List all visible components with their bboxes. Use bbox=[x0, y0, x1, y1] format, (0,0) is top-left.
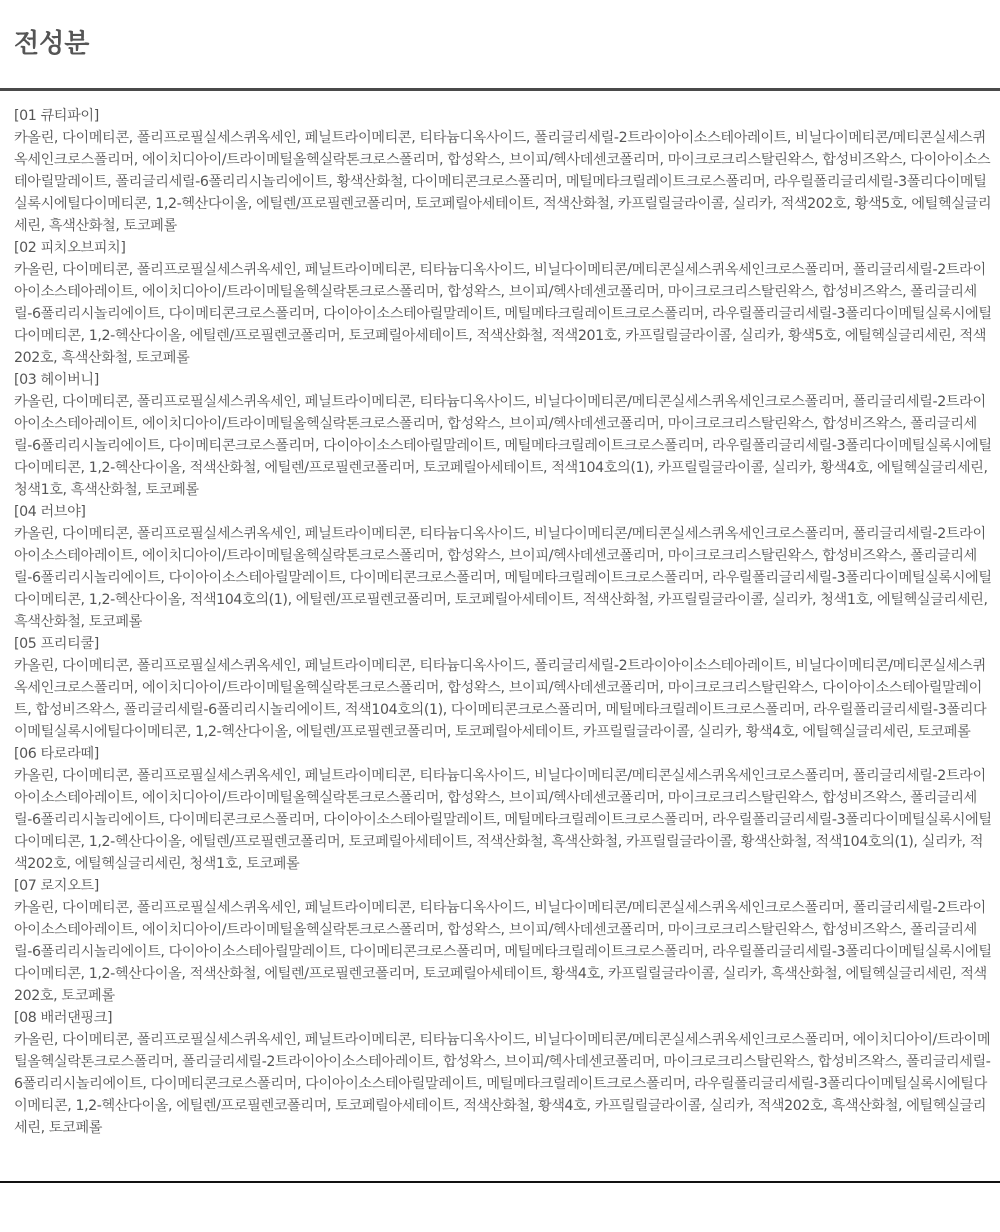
header-divider bbox=[0, 88, 1000, 91]
product-ingredients: 카올린, 다이메티콘, 폴리프로필실세스퀴옥세인, 페닐트라이메티콘, 티타늄디… bbox=[14, 655, 992, 743]
product-ingredients: 카올린, 다이메티콘, 폴리프로필실세스퀴옥세인, 페닐트라이메티콘, 티타늄디… bbox=[14, 259, 992, 369]
product-heading: [01 큐티파이] bbox=[14, 105, 992, 127]
product-ingredients: 카올린, 다이메티콘, 폴리프로필실세스퀴옥세인, 페닐트라이메티콘, 티타늄디… bbox=[14, 523, 992, 633]
product-section-04: [04 러브야] 카올린, 다이메티콘, 폴리프로필실세스퀴옥세인, 페닐트라이… bbox=[14, 501, 992, 633]
product-section-06: [06 타로라떼] 카올린, 다이메티콘, 폴리프로필실세스퀴옥세인, 페닐트라… bbox=[14, 743, 992, 875]
product-section-02: [02 피치오브피치] 카올린, 다이메티콘, 폴리프로필실세스퀴옥세인, 페닐… bbox=[14, 237, 992, 369]
product-heading: [07 로지오트] bbox=[14, 875, 992, 897]
product-heading: [08 배러댄핑크] bbox=[14, 1007, 992, 1029]
product-ingredients: 카올린, 다이메티콘, 폴리프로필실세스퀴옥세인, 페닐트라이메티콘, 티타늄디… bbox=[14, 1029, 992, 1139]
product-section-01: [01 큐티파이] 카올린, 다이메티콘, 폴리프로필실세스퀴옥세인, 페닐트라… bbox=[14, 105, 992, 237]
product-heading: [04 러브야] bbox=[14, 501, 992, 523]
product-heading: [02 피치오브피치] bbox=[14, 237, 992, 259]
product-heading: [06 타로라떼] bbox=[14, 743, 992, 765]
product-section-07: [07 로지오트] 카올린, 다이메티콘, 폴리프로필실세스퀴옥세인, 페닐트라… bbox=[14, 875, 992, 1007]
footer-divider bbox=[0, 1181, 1000, 1183]
product-ingredients: 카올린, 다이메티콘, 폴리프로필실세스퀴옥세인, 페닐트라이메티콘, 티타늄디… bbox=[14, 391, 992, 501]
product-section-05: [05 프리티쿨] 카올린, 다이메티콘, 폴리프로필실세스퀴옥세인, 페닐트라… bbox=[14, 633, 992, 743]
product-heading: [03 헤이버니] bbox=[14, 369, 992, 391]
product-ingredients: 카올린, 다이메티콘, 폴리프로필실세스퀴옥세인, 페닐트라이메티콘, 티타늄디… bbox=[14, 765, 992, 875]
product-ingredients: 카올린, 다이메티콘, 폴리프로필실세스퀴옥세인, 페닐트라이메티콘, 티타늄디… bbox=[14, 127, 992, 237]
product-section-08: [08 배러댄핑크] 카올린, 다이메티콘, 폴리프로필실세스퀴옥세인, 페닐트… bbox=[14, 1007, 992, 1139]
product-section-03: [03 헤이버니] 카올린, 다이메티콘, 폴리프로필실세스퀴옥세인, 페닐트라… bbox=[14, 369, 992, 501]
page-title: 전성분 bbox=[14, 24, 89, 64]
product-heading: [05 프리티쿨] bbox=[14, 633, 992, 655]
ingredients-list: [01 큐티파이] 카올린, 다이메티콘, 폴리프로필실세스퀴옥세인, 페닐트라… bbox=[14, 105, 992, 1139]
product-ingredients: 카올린, 다이메티콘, 폴리프로필실세스퀴옥세인, 페닐트라이메티콘, 티타늄디… bbox=[14, 897, 992, 1007]
